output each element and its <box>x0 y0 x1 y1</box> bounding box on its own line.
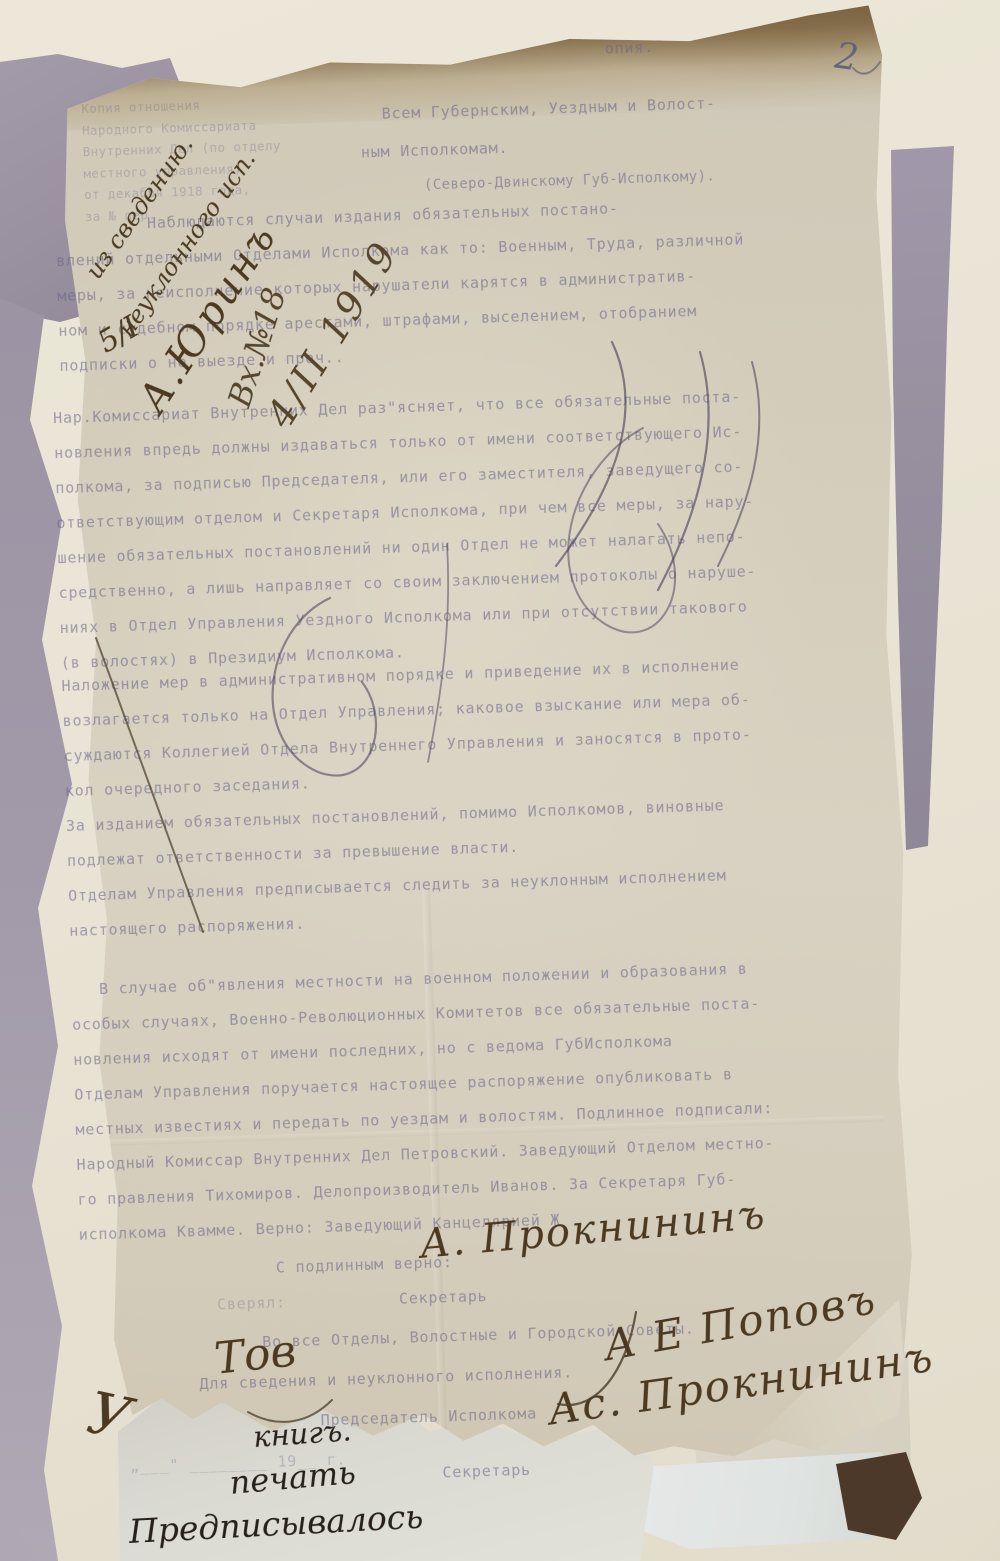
paragraph-2: Нар.Комиссариат Внутренних Дел раз"ясняе… <box>53 375 885 681</box>
paragraph-6: В случае об"явления местности на военном… <box>71 947 903 1253</box>
aged-top-edge-right <box>499 0 889 157</box>
collated-label: Сверял: <box>217 1285 287 1322</box>
tov-note: Тов <box>212 1325 298 1384</box>
chairman-label: Председатель Исполкома <box>320 1397 537 1439</box>
date-blank-line: „___" ________ 19__ г. <box>130 1443 347 1485</box>
paragraph-3: Наложение мер в административном порядке… <box>61 643 889 809</box>
secretary-mid-label: Секретарь <box>398 1279 488 1317</box>
secretary-bottom-label: Секретарь <box>442 1453 532 1491</box>
copy-label: опия. <box>604 30 654 67</box>
address-line2: ным Исполкомам. <box>360 131 508 171</box>
